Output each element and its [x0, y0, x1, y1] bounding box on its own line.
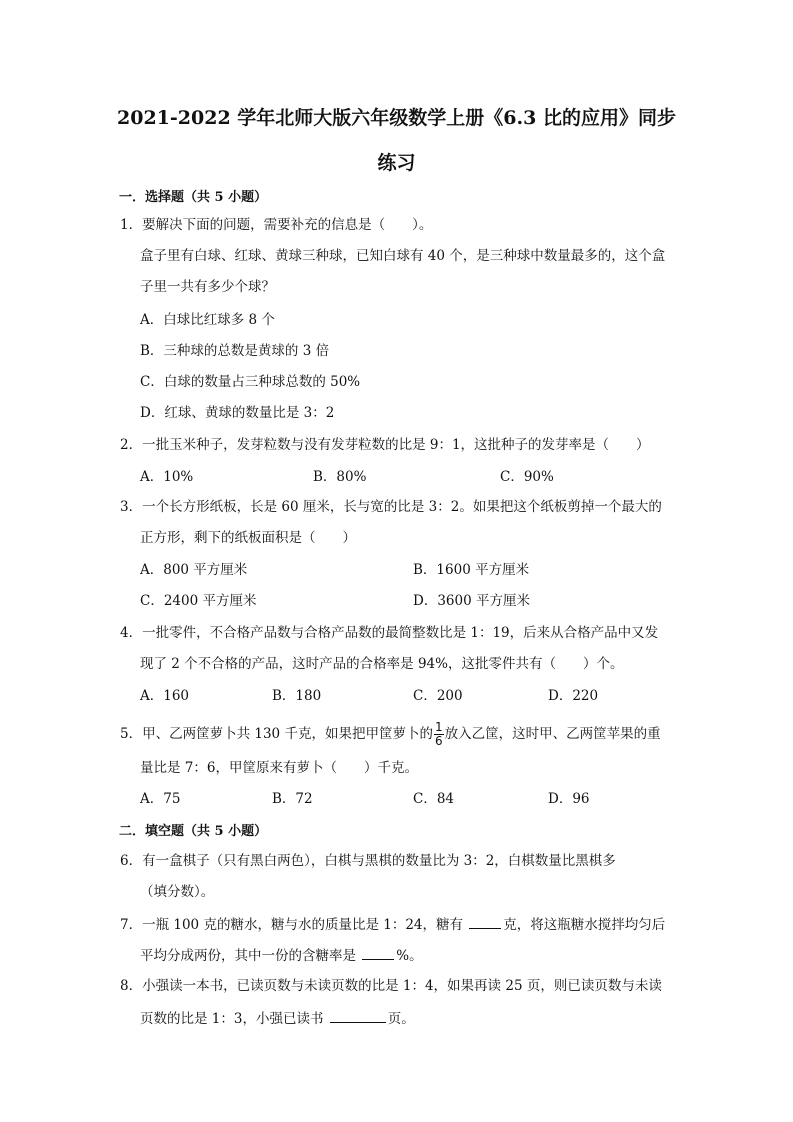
question-3-option-c: C．2400 平方厘米 — [140, 592, 256, 610]
question-3-option-b: B．1600 平方厘米 — [413, 561, 529, 579]
answer-blank-sugar-rate[interactable] — [362, 945, 394, 960]
answer-blank-sugar-grams[interactable] — [469, 914, 501, 929]
question-5-stem-line2: 量比是 7：6，甲筐原来有萝卜（ ）千克。 — [140, 759, 418, 777]
question-3-stem-line2: 正方形，剩下的纸板面积是（ ） — [140, 529, 356, 547]
question-5-text-b: 放入乙筐，这时甲、乙两筐苹果的重 — [445, 726, 661, 742]
document-title-line1: 2021-2022 学年北师大版六年级数学上册《6.3 比的应用》同步 — [0, 103, 793, 130]
question-7-text-b: 克，将这瓶糖水搅拌均匀后 — [503, 917, 665, 933]
question-1-context-line1: 盒子里有白球、红球、黄球三种球，已知白球有 40 个，是三种球中数量最多的，这个… — [140, 247, 665, 265]
question-3-stem-line1: 3．一个长方形纸板，长是 60 厘米，长与宽的比是 3：2。如果把这个纸板剪掉一… — [120, 498, 662, 516]
question-8-stem-line1: 8．小强读一本书，已读页数与未读页数的比是 1：4，如果再读 25 页，则已读页… — [120, 977, 662, 995]
question-8-text-b: 页。 — [388, 1011, 415, 1027]
question-4-stem-line2: 现了 2 个不合格的产品，这时产品的合格率是 94%，这批零件共有（ ）个。 — [140, 655, 623, 673]
fraction-denominator: 6 — [434, 735, 444, 748]
fraction-one-sixth: 16 — [434, 721, 444, 748]
question-6-stem-line1: 6．有一盒棋子（只有黑白两色），白棋与黑棋的数量比为 3：2，白棋数量比黑棋多 — [120, 852, 616, 870]
question-1-option-c: C．白球的数量占三种球总数的 50% — [140, 373, 360, 391]
question-1-option-a: A．白球比红球多 8 个 — [140, 311, 275, 329]
question-4-stem-line1: 4．一批零件，不合格产品数与合格产品数的最简整数比是 1：19，后来从合格产品中… — [120, 624, 658, 642]
question-2-option-c: C．90% — [500, 468, 554, 486]
question-1-option-b: B．三种球的总数是黄球的 3 倍 — [140, 342, 329, 360]
question-5-option-a: A．75 — [140, 790, 180, 808]
question-3-option-d: D．3600 平方厘米 — [413, 592, 530, 610]
question-4-option-b: B．180 — [272, 687, 321, 705]
question-4-option-c: C．200 — [413, 687, 463, 705]
answer-blank-pages-read[interactable] — [330, 1008, 386, 1023]
question-1-option-d: D．红球、黄球的数量比是 3：2 — [140, 404, 334, 422]
question-4-option-a: A．160 — [140, 687, 189, 705]
question-5-option-c: C．84 — [413, 790, 454, 808]
fraction-numerator: 1 — [434, 721, 444, 735]
question-7-text-a: 7．一瓶 100 克的糖水，糖与水的质量比是 1：24，糖有 — [120, 917, 467, 933]
question-8-text-a: 页数的比是 1：3，小强已读书 — [140, 1011, 328, 1027]
section-heading-fill-in: 二．填空题（共 5 小题） — [119, 820, 267, 839]
question-1-stem: 1．要解决下面的问题，需要补充的信息是（ ）。 — [120, 216, 432, 234]
question-5-stem-line1: 5．甲、乙两筐萝卜共 130 千克，如果把甲筐萝卜的16放入乙筐，这时甲、乙两筐… — [120, 721, 661, 748]
question-5-option-b: B．72 — [272, 790, 313, 808]
question-2-option-b: B．80% — [313, 468, 366, 486]
section-heading-multiple-choice: 一．选择题（共 5 小题） — [119, 186, 267, 205]
question-5-text-a: 5．甲、乙两筐萝卜共 130 千克，如果把甲筐萝卜的 — [120, 726, 433, 742]
question-6-stem-line2: （填分数）。 — [140, 883, 214, 901]
question-8-stem-line2: 页数的比是 1：3，小强已读书 页。 — [140, 1008, 415, 1028]
question-3-option-a: A．800 平方厘米 — [140, 561, 247, 579]
question-7-stem-line1: 7．一瓶 100 克的糖水，糖与水的质量比是 1：24，糖有 克，将这瓶糖水搅拌… — [120, 914, 665, 934]
question-2-option-a: A．10% — [140, 468, 193, 486]
worksheet-page: 2021-2022 学年北师大版六年级数学上册《6.3 比的应用》同步 练习 一… — [0, 0, 793, 1122]
question-5-option-d: D．96 — [548, 790, 590, 808]
question-1-context-line2: 子里一共有多少个球？ — [140, 278, 275, 296]
question-7-stem-line2: 平均分成两份，其中一份的含糖率是 %。 — [140, 945, 423, 965]
question-4-option-d: D．220 — [548, 687, 598, 705]
document-title-line2: 练习 — [0, 148, 793, 175]
question-7-text-d: %。 — [396, 948, 422, 964]
question-2-stem: 2．一批玉米种子，发芽粒数与没有发芽粒数的比是 9：1，这批种子的发芽率是（ ） — [120, 436, 650, 454]
question-7-text-c: 平均分成两份，其中一份的含糖率是 — [140, 948, 360, 964]
